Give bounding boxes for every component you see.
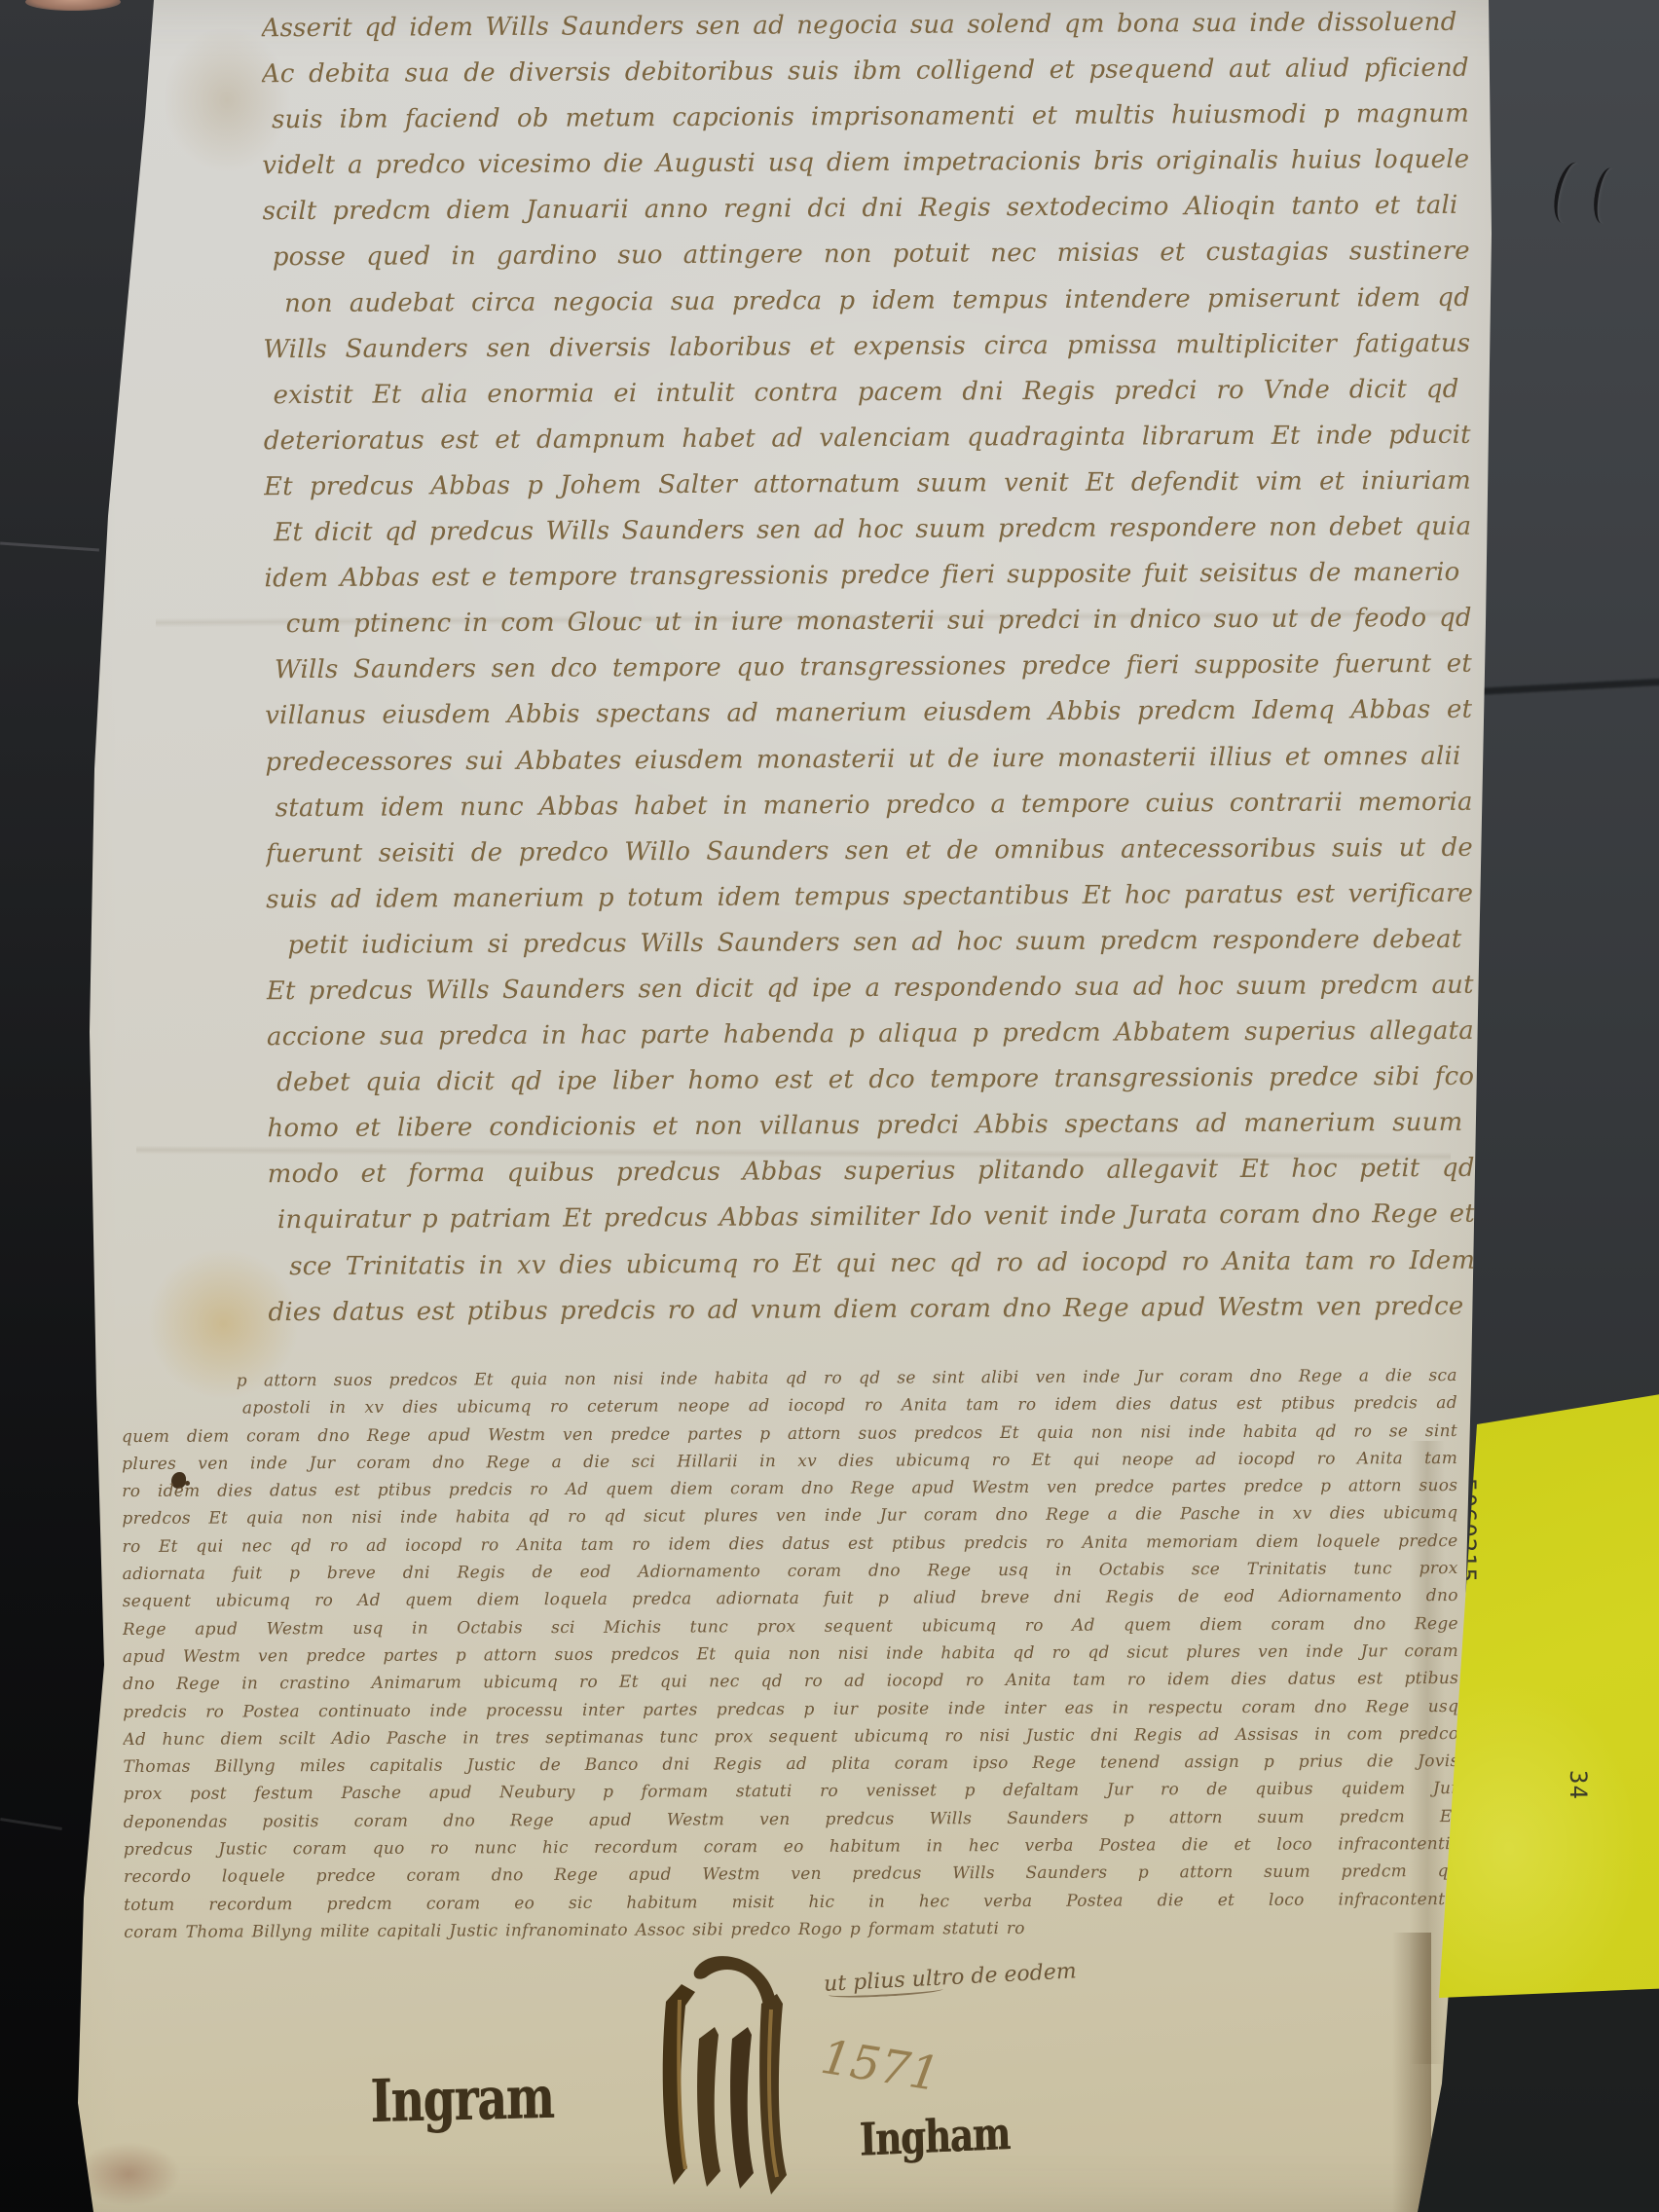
- manuscript-line: fuerunt seisiti de predco Willo Saunders…: [266, 825, 1473, 877]
- manuscript-line: modo et forma quibus predcus Abbas super…: [268, 1146, 1475, 1198]
- manuscript-postea-text: p attorn suos predcos Et quia non nisi i…: [122, 1362, 1460, 1946]
- manuscript-line: Et dicit qd predcus Wills Saunders sen a…: [264, 504, 1471, 557]
- manuscript-line: Asserit qd idem Wills Saunders sen ad ne…: [261, 0, 1468, 52]
- clerk-signature-right: Ingham: [859, 2106, 1011, 2166]
- manuscript-line: posse qued in gardino suo attingere non …: [263, 229, 1470, 281]
- explicit-note: ut plius ultro de eodem: [824, 1957, 1117, 1997]
- clerk-signature-left: Ingram: [370, 2064, 554, 2137]
- manuscript-line: Wills Saunders sen dco tempore quo trans…: [265, 642, 1472, 694]
- manuscript-line: villanus eiusdem Abbis spectans ad maner…: [265, 687, 1472, 740]
- parchment-browned-edge: [1392, 1933, 1431, 2212]
- manuscript-line: dies datus est ptibus predcis ro ad vnum…: [268, 1283, 1475, 1336]
- manuscript-line: predecessores sui Abbates eiusdem monast…: [265, 733, 1472, 786]
- manuscript-line: homo et libere condicionis et non villan…: [267, 1100, 1474, 1153]
- manuscript-body-text: Asserit qd idem Wills Saunders sen ad ne…: [261, 0, 1475, 1336]
- manuscript-line: cum ptinenc in com Glouc ut in iure mona…: [265, 596, 1472, 648]
- manuscript-line: scilt predcm diem Januarii anno regni dc…: [262, 183, 1469, 236]
- backdrop-scratch-mark: [1549, 160, 1591, 227]
- manuscript-line: totum recordum predcm coram eo sic habit…: [124, 1886, 1459, 1919]
- manuscript-line: Wills Saunders sen diversis laboribus et…: [263, 320, 1470, 373]
- manuscript-line: Et predcus Wills Saunders sen dicit qd i…: [267, 963, 1474, 1015]
- manuscript-line: sce Trinitatis in xv dies ubicumq ro Et …: [268, 1237, 1475, 1290]
- manuscript-line: idem Abbas est e tempore transgressionis…: [264, 550, 1471, 603]
- folio-number: 1571: [817, 2030, 942, 2102]
- manuscript-line: petit iudicium si predcus Wills Saunders…: [266, 917, 1473, 970]
- sticky-note-text: 34 5060215KB 27/867Return by (05/06/2008…: [1476, 1431, 1659, 2015]
- manuscript-line: accione sua predca in hac parte habenda …: [267, 1009, 1474, 1061]
- manuscript-line: Ac debita sua de diversis debitoribus su…: [262, 46, 1469, 98]
- manuscript-line: debet quia dicit qd ipe liber homo est e…: [267, 1054, 1474, 1107]
- sticky-note-corner-number: 34: [1560, 1770, 1597, 2015]
- manuscript-line: non audebat circa negocia sua predca p i…: [263, 275, 1470, 327]
- notarial-paraph-mark: [650, 1941, 802, 2210]
- manuscript-line: videlt a predco vicesimo die Augusti usq…: [262, 137, 1469, 190]
- archival-sticky-note: 34 5060215KB 27/867Return by (05/06/2008…: [1439, 1392, 1659, 2001]
- manuscript-line: suis ad idem manerium p totum idem tempu…: [266, 871, 1473, 924]
- backdrop-fold-seam: [1465, 679, 1659, 696]
- manuscript-photo: Asserit qd idem Wills Saunders sen ad ne…: [0, 0, 1659, 2212]
- manuscript-line: suis ibm faciend ob metum capcionis impr…: [262, 92, 1469, 144]
- backdrop-scratch-mark: [1590, 166, 1623, 225]
- parchment-sheet: Asserit qd idem Wills Saunders sen ad ne…: [0, 0, 1659, 2212]
- manuscript-line: Et predcus Abbas p Johem Salter attornat…: [264, 459, 1471, 511]
- manuscript-line: existit Et alia enormia ei intulit contr…: [263, 367, 1470, 420]
- manuscript-line: deterioratus est et dampnum habet ad val…: [264, 413, 1471, 465]
- manuscript-line: inquiratur p patriam Et predcus Abbas si…: [268, 1192, 1475, 1244]
- manuscript-line: statum idem nunc Abbas habet in manerio …: [266, 779, 1473, 831]
